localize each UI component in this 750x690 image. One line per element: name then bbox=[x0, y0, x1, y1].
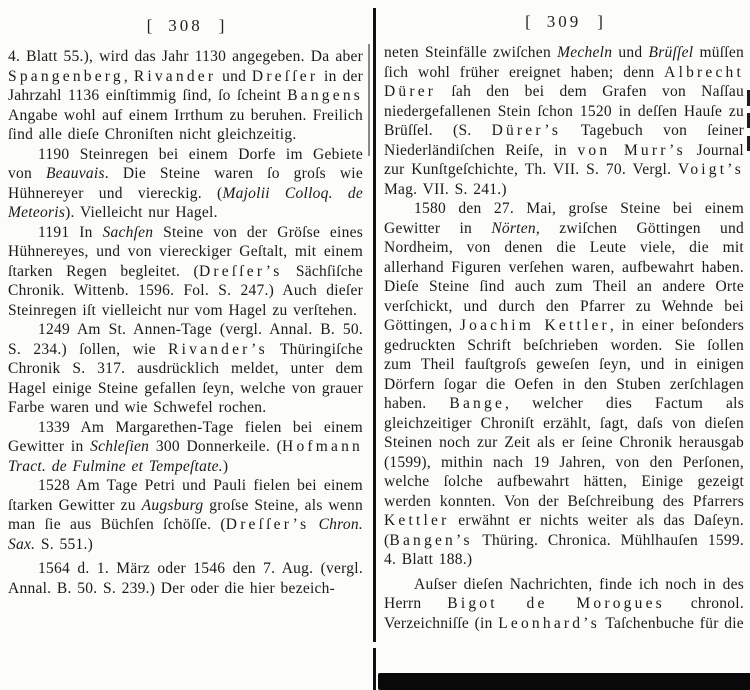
text-segment: 1191 In bbox=[38, 224, 102, 241]
paragraph: 1528 Am Tage Petri und Pauli fielen bei … bbox=[8, 476, 363, 554]
text-segment: Kettler bbox=[384, 512, 449, 529]
text-segment: S. 551.) bbox=[35, 536, 93, 553]
text-segment: Dreſſer’s bbox=[199, 263, 283, 280]
text-segment: Bange bbox=[449, 395, 505, 412]
text-segment: Tract. de Fulmine et Tempeſtate. bbox=[8, 458, 223, 475]
text-segment: Nörten bbox=[491, 220, 536, 237]
column-divider-line bbox=[373, 8, 376, 642]
paragraph: neten Steinfälle zwiſchen Mecheln und Br… bbox=[384, 43, 744, 199]
text-segment: Dreſſer’s bbox=[226, 516, 310, 533]
text-segment: Augsburg bbox=[142, 497, 204, 514]
scanned-book-page: [308] 4. Blatt 55.), wird das Jahr 1130 … bbox=[0, 0, 750, 690]
page-309-column: [309] neten Steinfälle zwiſchen Mecheln … bbox=[384, 12, 744, 633]
paragraph: 1580 den 27. Mai, groſse Steine bei eine… bbox=[384, 199, 744, 570]
text-segment: Voigt’s bbox=[678, 161, 744, 178]
paragraph: Auſser dieſen Nachrichten, finde ich noc… bbox=[384, 575, 744, 634]
paragraph: 1190 Steinregen bei einem Dorfe im Gebie… bbox=[8, 145, 363, 223]
heading-bracket-right: ] bbox=[597, 12, 603, 31]
text-segment: Leonhard’s bbox=[498, 615, 600, 632]
page-number-heading-308: [308] bbox=[8, 16, 363, 36]
text-segment: Beauvais bbox=[46, 165, 105, 182]
page-308-column: [308] 4. Blatt 55.), wird das Jahr 1130 … bbox=[8, 16, 363, 598]
heading-bracket-right: ] bbox=[219, 16, 225, 35]
text-segment: ). Vielleicht nur Hagel. bbox=[65, 204, 218, 221]
text-segment: 1564 d. 1. März oder 1546 den 7. Aug. (v… bbox=[8, 560, 363, 597]
text-segment: neten Steinfälle zwiſchen bbox=[384, 44, 557, 61]
text-segment: Angabe wohl auf einem Irrthum zu beruhen… bbox=[8, 107, 363, 144]
text-segment: Mecheln bbox=[557, 44, 612, 61]
heading-bracket-left: [ bbox=[147, 16, 153, 35]
paragraph: 1339 Am Margarethen-Tage fielen bei eine… bbox=[8, 418, 363, 477]
text-segment: Hofmann bbox=[282, 438, 363, 455]
page-number: 308 bbox=[168, 16, 203, 35]
text-segment: von Murr’s bbox=[577, 142, 685, 159]
heading-bracket-left: [ bbox=[525, 12, 531, 31]
text-segment: Joachim Kettler bbox=[460, 317, 610, 334]
text-segment: Sachſen bbox=[102, 224, 153, 241]
text-segment: Schleſien bbox=[90, 438, 149, 455]
text-segment: , bbox=[124, 68, 134, 85]
page-number: 309 bbox=[547, 12, 582, 31]
text-segment: Rivander’s bbox=[168, 341, 268, 358]
text-segment: Rivander bbox=[134, 68, 216, 85]
text-segment: Dreſſer bbox=[252, 68, 318, 85]
text-segment: Bigot de Morogues bbox=[447, 595, 665, 612]
paragraph: 1249 Am St. Annen-Tage (vergl. Annal. B.… bbox=[8, 320, 363, 418]
column-divider-shadow-line bbox=[368, 44, 370, 156]
page-number-heading-309: [309] bbox=[384, 12, 744, 32]
text-segment: und bbox=[612, 44, 648, 61]
paragraph: 1191 In Sachſen Steine von der Gröſse ei… bbox=[8, 223, 363, 321]
text-segment: 300 Donnerkeile. ( bbox=[149, 438, 282, 455]
text-segment: Mag. VII. S. 241.) bbox=[384, 181, 507, 198]
text-segment bbox=[309, 516, 318, 533]
paragraph: 1564 d. 1. März oder 1546 den 7. Aug. (v… bbox=[8, 559, 363, 598]
text-segment: 4. Blatt 55.), wird das Jahr 1130 angege… bbox=[8, 48, 363, 65]
text-segment: Spangenberg bbox=[8, 68, 124, 85]
text-segment: ) bbox=[223, 458, 228, 475]
text-segment: Taſchenbuche für die bbox=[600, 615, 744, 632]
column-divider-line-lower bbox=[373, 648, 376, 690]
next-page-edge-bar bbox=[378, 673, 750, 690]
text-segment: Brüſſel bbox=[648, 44, 693, 61]
text-segment: Bangens bbox=[287, 87, 363, 104]
text-segment: und bbox=[216, 68, 252, 85]
text-segment: , welcher dies Factum als gleichzeitiger… bbox=[384, 395, 744, 510]
text-segment: Dürer’s bbox=[492, 122, 561, 139]
paragraph: 4. Blatt 55.), wird das Jahr 1130 angege… bbox=[8, 47, 363, 145]
text-segment: Bangen’s bbox=[389, 532, 472, 549]
